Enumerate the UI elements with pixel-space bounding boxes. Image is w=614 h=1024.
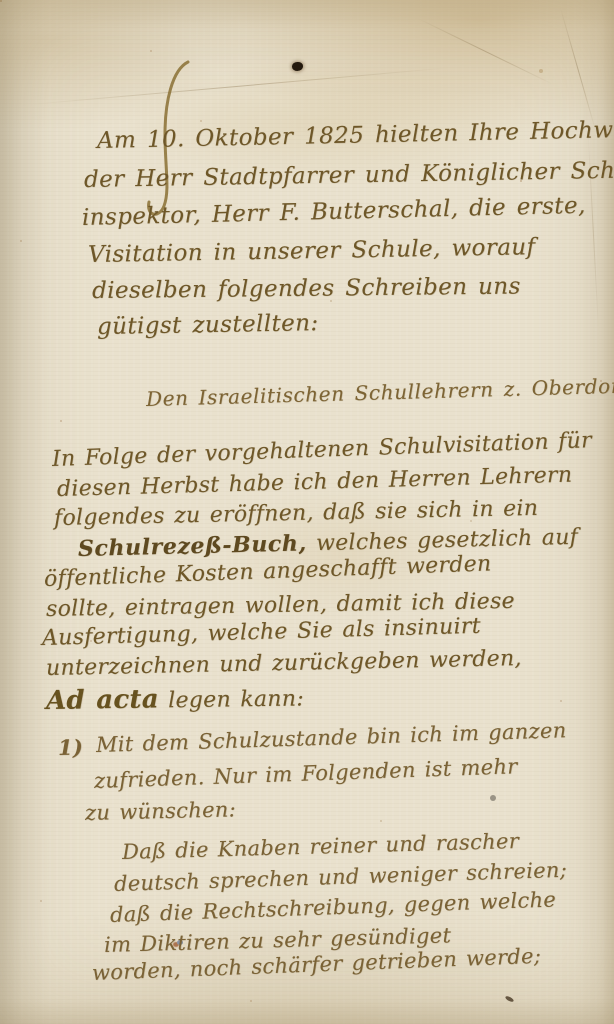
manuscript-line: zu wünschen:	[85, 797, 237, 825]
manuscript-line: Ad acta legen kann:	[46, 682, 304, 716]
manuscript-line: Daß die Knaben reiner und rascher	[122, 829, 520, 864]
manuscript-page: Am 10. Oktober 1825 hielten Ihre Hochwür…	[0, 0, 614, 1024]
manuscript-line: zufrieden. Nur im Folgenden ist mehr	[94, 754, 518, 793]
heading-line: Den Israelitischen Schullehrern z. Oberd…	[146, 374, 614, 411]
paper-speck	[505, 995, 515, 1003]
crease-mark	[560, 6, 597, 131]
item-marker: 1)	[58, 735, 84, 760]
emphasized-term: Schulrezeß-Buch,	[78, 530, 307, 562]
crease-mark	[30, 67, 448, 105]
manuscript-line-rest: welches gesetzlich auf	[306, 525, 578, 557]
paper-speck	[0, 0, 2, 2]
manuscript-line: unterzeichnen und zurückgeben werden,	[46, 646, 522, 681]
manuscript-line: Visitation in unserer Schule, worauf	[88, 234, 536, 268]
manuscript-line-rest: legen kann:	[159, 686, 304, 713]
manuscript-line: dieselben folgendes Schreiben uns	[92, 274, 521, 304]
manuscript-line: gütigst zustellten:	[97, 310, 319, 340]
latin-term: Ad acta	[46, 684, 159, 716]
manuscript-line: Mit dem Schulzustande bin ich im ganzen	[96, 718, 567, 757]
ink-blot	[292, 62, 303, 71]
crease-mark	[418, 18, 553, 85]
paper-speck	[490, 795, 496, 801]
